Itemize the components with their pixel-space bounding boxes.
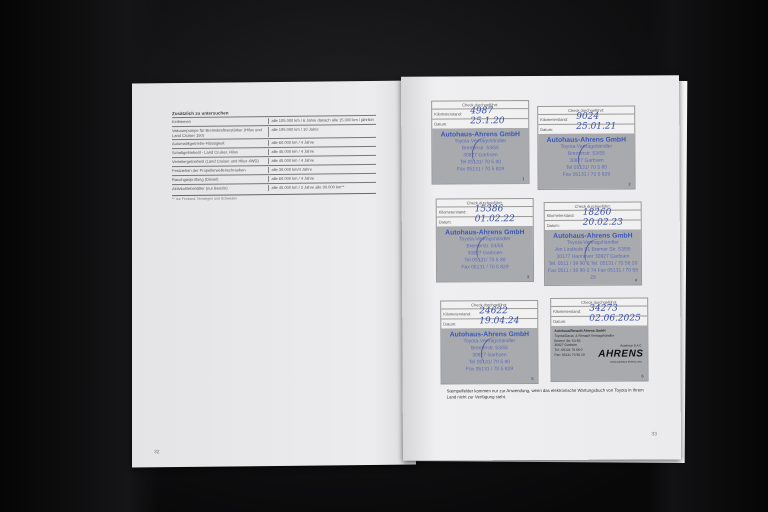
date-value: 25.01.21 — [576, 123, 616, 132]
stamp-number: 5 — [531, 376, 533, 381]
stamp-number: 6 — [641, 373, 643, 378]
km-value: 4987 — [470, 107, 493, 116]
row-interval: alle 45.000 km / 4 Jahre — [268, 157, 376, 164]
row-item: Festziehen der Propellerwellenschrauben — [172, 167, 268, 174]
km-value: 15386 — [475, 205, 504, 214]
km-value: 9024 — [576, 113, 599, 122]
row-interval: alle 60.000 km / 4 Jahre — [268, 175, 376, 182]
km-value: 34273 — [589, 305, 618, 314]
service-stamp-box: Check durchgeführt:Kilometerstand:24622D… — [440, 300, 538, 385]
service-stamp-box: Check durchgeführt:Kilometerstand:9024Da… — [537, 106, 635, 191]
date-value: 25.1.20 — [470, 117, 504, 126]
stamp-number: 1 — [522, 176, 524, 181]
stamp-note: Stempelfelder kommen nur zur Anwendung, … — [447, 387, 647, 400]
service-stamp-box: Check durchgeführt:Kilometerstand:34273D… — [550, 297, 648, 382]
row-item: Automatikgetriebe-Flüssigkeit — [172, 140, 268, 147]
row-interval: alle 45.000 km / 2 Jahre alle 90.000 km*… — [268, 184, 376, 191]
left-page: Zusätzlich zu untersuchen Keilriemenalle… — [132, 81, 416, 468]
table-footnote: ** nur Finnland, Norwegen und Schweden — [172, 193, 376, 201]
row-item: Vakuumpumpe für Bremskraftverstärker (Hi… — [172, 127, 268, 138]
page-number-right: 33 — [651, 431, 657, 437]
table-row: Aktivkohlebehälter (nur Benzin)alle 45.0… — [172, 182, 376, 193]
row-item: Keilriemen — [172, 118, 268, 125]
row-interval: alle 60.000 km / 4 Jahre — [268, 139, 376, 146]
row-item: Schaltgetriebeöl - Land Cruiser, Hilux — [172, 149, 268, 156]
km-value: 18260 — [583, 209, 612, 218]
stamp-number: 4 — [635, 277, 637, 282]
date-value: 02.06.2025 — [589, 314, 641, 323]
row-item: Verteilergetriebeöl (Land Cruiser und Hi… — [172, 158, 268, 165]
date-value: 20.02.23 — [583, 219, 623, 228]
row-item: Rauchgasprüfung (Diesel) — [172, 176, 268, 183]
row-interval: alle 30.000 km/4 Jahre — [268, 166, 376, 173]
maintenance-table: Zusätzlich zu untersuchen Keilriemenalle… — [172, 109, 376, 201]
km-value: 24622 — [479, 307, 508, 316]
row-interval: alle 195.000 km / 10 Jahre — [268, 126, 376, 137]
logo-tagline: Autohaus D A C — [620, 343, 641, 347]
stamp-number: 2 — [628, 182, 630, 187]
row-interval: alle 45.000 km / 4 Jahre — [268, 148, 376, 155]
service-stamp-box: Check durchgeführt:Kilometerstand:15386D… — [436, 198, 534, 283]
ahrens-logo: AHRENS — [598, 348, 643, 359]
right-page: Check durchgeführt:Kilometerstand:4987Da… — [401, 75, 681, 460]
row-item: Aktivkohlebehälter (nur Benzin) — [172, 185, 268, 192]
page-number-left: 32 — [154, 449, 160, 455]
date-value: 01.02.22 — [475, 215, 515, 224]
stamp-number: 3 — [527, 274, 529, 279]
date-value: 19.04.24 — [479, 317, 519, 326]
service-stamp-box: Check durchgeführt:Kilometerstand:18260D… — [544, 201, 642, 286]
row-interval: alle 105.000 km / 6 Jahre danach alle 15… — [268, 117, 376, 124]
logo-url: www.autohaus-ahrens.com — [610, 360, 641, 363]
service-stamp-box: Check durchgeführt:Kilometerstand:4987Da… — [431, 100, 529, 185]
